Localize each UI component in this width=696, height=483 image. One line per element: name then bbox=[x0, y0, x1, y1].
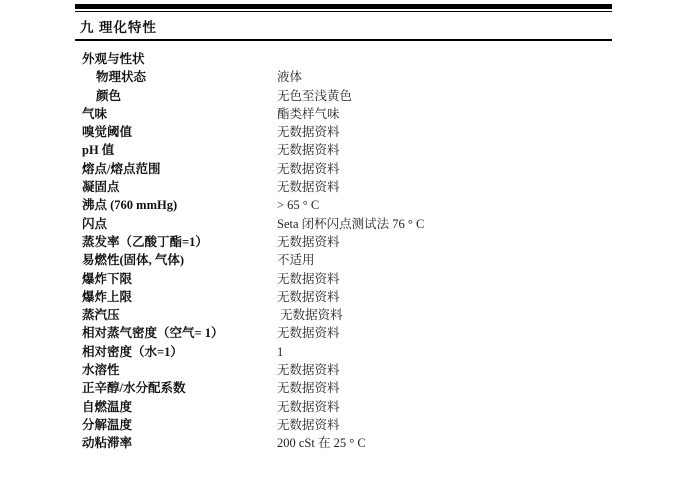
properties-table: 外观与性状 物理状态 液体 颜色 无色至浅黄色 气味 酯类样气味 嗅觉阈值 无数… bbox=[75, 50, 612, 453]
property-value: 不适用 bbox=[277, 251, 315, 269]
property-value: 酯类样气味 bbox=[277, 105, 340, 123]
property-value: 无数据资料 bbox=[277, 233, 340, 251]
property-value: 无数据资料 bbox=[277, 379, 340, 397]
table-row: 熔点/熔点范围 无数据资料 bbox=[82, 160, 612, 178]
property-label: 外观与性状 bbox=[82, 50, 277, 68]
table-row: 自燃温度 无数据资料 bbox=[82, 398, 612, 416]
property-value: > 65 ° C bbox=[277, 196, 319, 214]
table-row: 正辛醇/水分配系数 无数据资料 bbox=[82, 379, 612, 397]
table-row: 闪点 Seta 闭杯闪点测试法 76 ° C bbox=[82, 215, 612, 233]
title-underline-rule bbox=[75, 39, 612, 41]
property-value: 无数据资料 bbox=[277, 324, 340, 342]
property-label: 分解温度 bbox=[82, 416, 277, 434]
table-row: 动粘滞率 200 cSt 在 25 ° C bbox=[82, 434, 612, 452]
property-label: 自燃温度 bbox=[82, 398, 277, 416]
property-label: 沸点 (760 mmHg) bbox=[82, 196, 277, 214]
property-label: 凝固点 bbox=[82, 178, 277, 196]
table-row: 爆炸下限 无数据资料 bbox=[82, 270, 612, 288]
table-row: 凝固点 无数据资料 bbox=[82, 178, 612, 196]
table-row: 沸点 (760 mmHg) > 65 ° C bbox=[82, 196, 612, 214]
top-thick-rule bbox=[75, 4, 612, 9]
property-value: 液体 bbox=[277, 68, 302, 86]
property-value: 无数据资料 bbox=[277, 123, 340, 141]
property-value: 无数据资料 bbox=[277, 160, 340, 178]
table-row: 物理状态 液体 bbox=[82, 68, 612, 86]
table-row: 蒸发率（乙酸丁酯=1） 无数据资料 bbox=[82, 233, 612, 251]
table-row: 相对蒸气密度（空气= 1） 无数据资料 bbox=[82, 324, 612, 342]
property-value: 无数据资料 bbox=[277, 306, 343, 324]
document-page: 九 理化特性 外观与性状 物理状态 液体 颜色 无色至浅黄色 气味 酯类样气味 … bbox=[0, 0, 696, 483]
property-label: 相对蒸气密度（空气= 1） bbox=[82, 324, 277, 342]
property-label: 蒸发率（乙酸丁酯=1） bbox=[82, 233, 277, 251]
property-value: 200 cSt 在 25 ° C bbox=[277, 434, 366, 452]
table-row: 嗅觉阈值 无数据资料 bbox=[82, 123, 612, 141]
property-label: 颜色 bbox=[82, 87, 277, 105]
section-content: 九 理化特性 外观与性状 物理状态 液体 颜色 无色至浅黄色 气味 酯类样气味 … bbox=[75, 4, 612, 453]
property-value: 无数据资料 bbox=[277, 416, 340, 434]
property-label: 蒸汽压 bbox=[82, 306, 277, 324]
section-title: 九 理化特性 bbox=[75, 12, 612, 39]
property-label: 物理状态 bbox=[82, 68, 277, 86]
property-label: 熔点/熔点范围 bbox=[82, 160, 277, 178]
property-label: 相对密度（水=1） bbox=[82, 343, 277, 361]
property-label: 爆炸上限 bbox=[82, 288, 277, 306]
property-label: 水溶性 bbox=[82, 361, 277, 379]
table-row: 相对密度（水=1） 1 bbox=[82, 343, 612, 361]
property-label: 气味 bbox=[82, 105, 277, 123]
property-value: 无数据资料 bbox=[277, 178, 340, 196]
property-value: 1 bbox=[277, 343, 283, 361]
property-label: 正辛醇/水分配系数 bbox=[82, 379, 277, 397]
property-label: pH 值 bbox=[82, 141, 277, 159]
table-row: 爆炸上限 无数据资料 bbox=[82, 288, 612, 306]
table-row: 气味 酯类样气味 bbox=[82, 105, 612, 123]
property-label: 爆炸下限 bbox=[82, 270, 277, 288]
table-row: 颜色 无色至浅黄色 bbox=[82, 87, 612, 105]
table-row: pH 值 无数据资料 bbox=[82, 141, 612, 159]
property-value: 无色至浅黄色 bbox=[277, 87, 352, 105]
table-row: 分解温度 无数据资料 bbox=[82, 416, 612, 434]
property-value: 无数据资料 bbox=[277, 361, 340, 379]
property-value: Seta 闭杯闪点测试法 76 ° C bbox=[277, 215, 424, 233]
property-value: 无数据资料 bbox=[277, 288, 340, 306]
property-label: 嗅觉阈值 bbox=[82, 123, 277, 141]
property-value: 无数据资料 bbox=[277, 270, 340, 288]
table-row: 蒸汽压 无数据资料 bbox=[82, 306, 612, 324]
property-value: 无数据资料 bbox=[277, 398, 340, 416]
table-row: 外观与性状 bbox=[82, 50, 612, 68]
property-label: 闪点 bbox=[82, 215, 277, 233]
property-label: 易燃性(固体, 气体) bbox=[82, 251, 277, 269]
table-row: 易燃性(固体, 气体) 不适用 bbox=[82, 251, 612, 269]
property-label: 动粘滞率 bbox=[82, 434, 277, 452]
table-row: 水溶性 无数据资料 bbox=[82, 361, 612, 379]
property-value: 无数据资料 bbox=[277, 141, 340, 159]
